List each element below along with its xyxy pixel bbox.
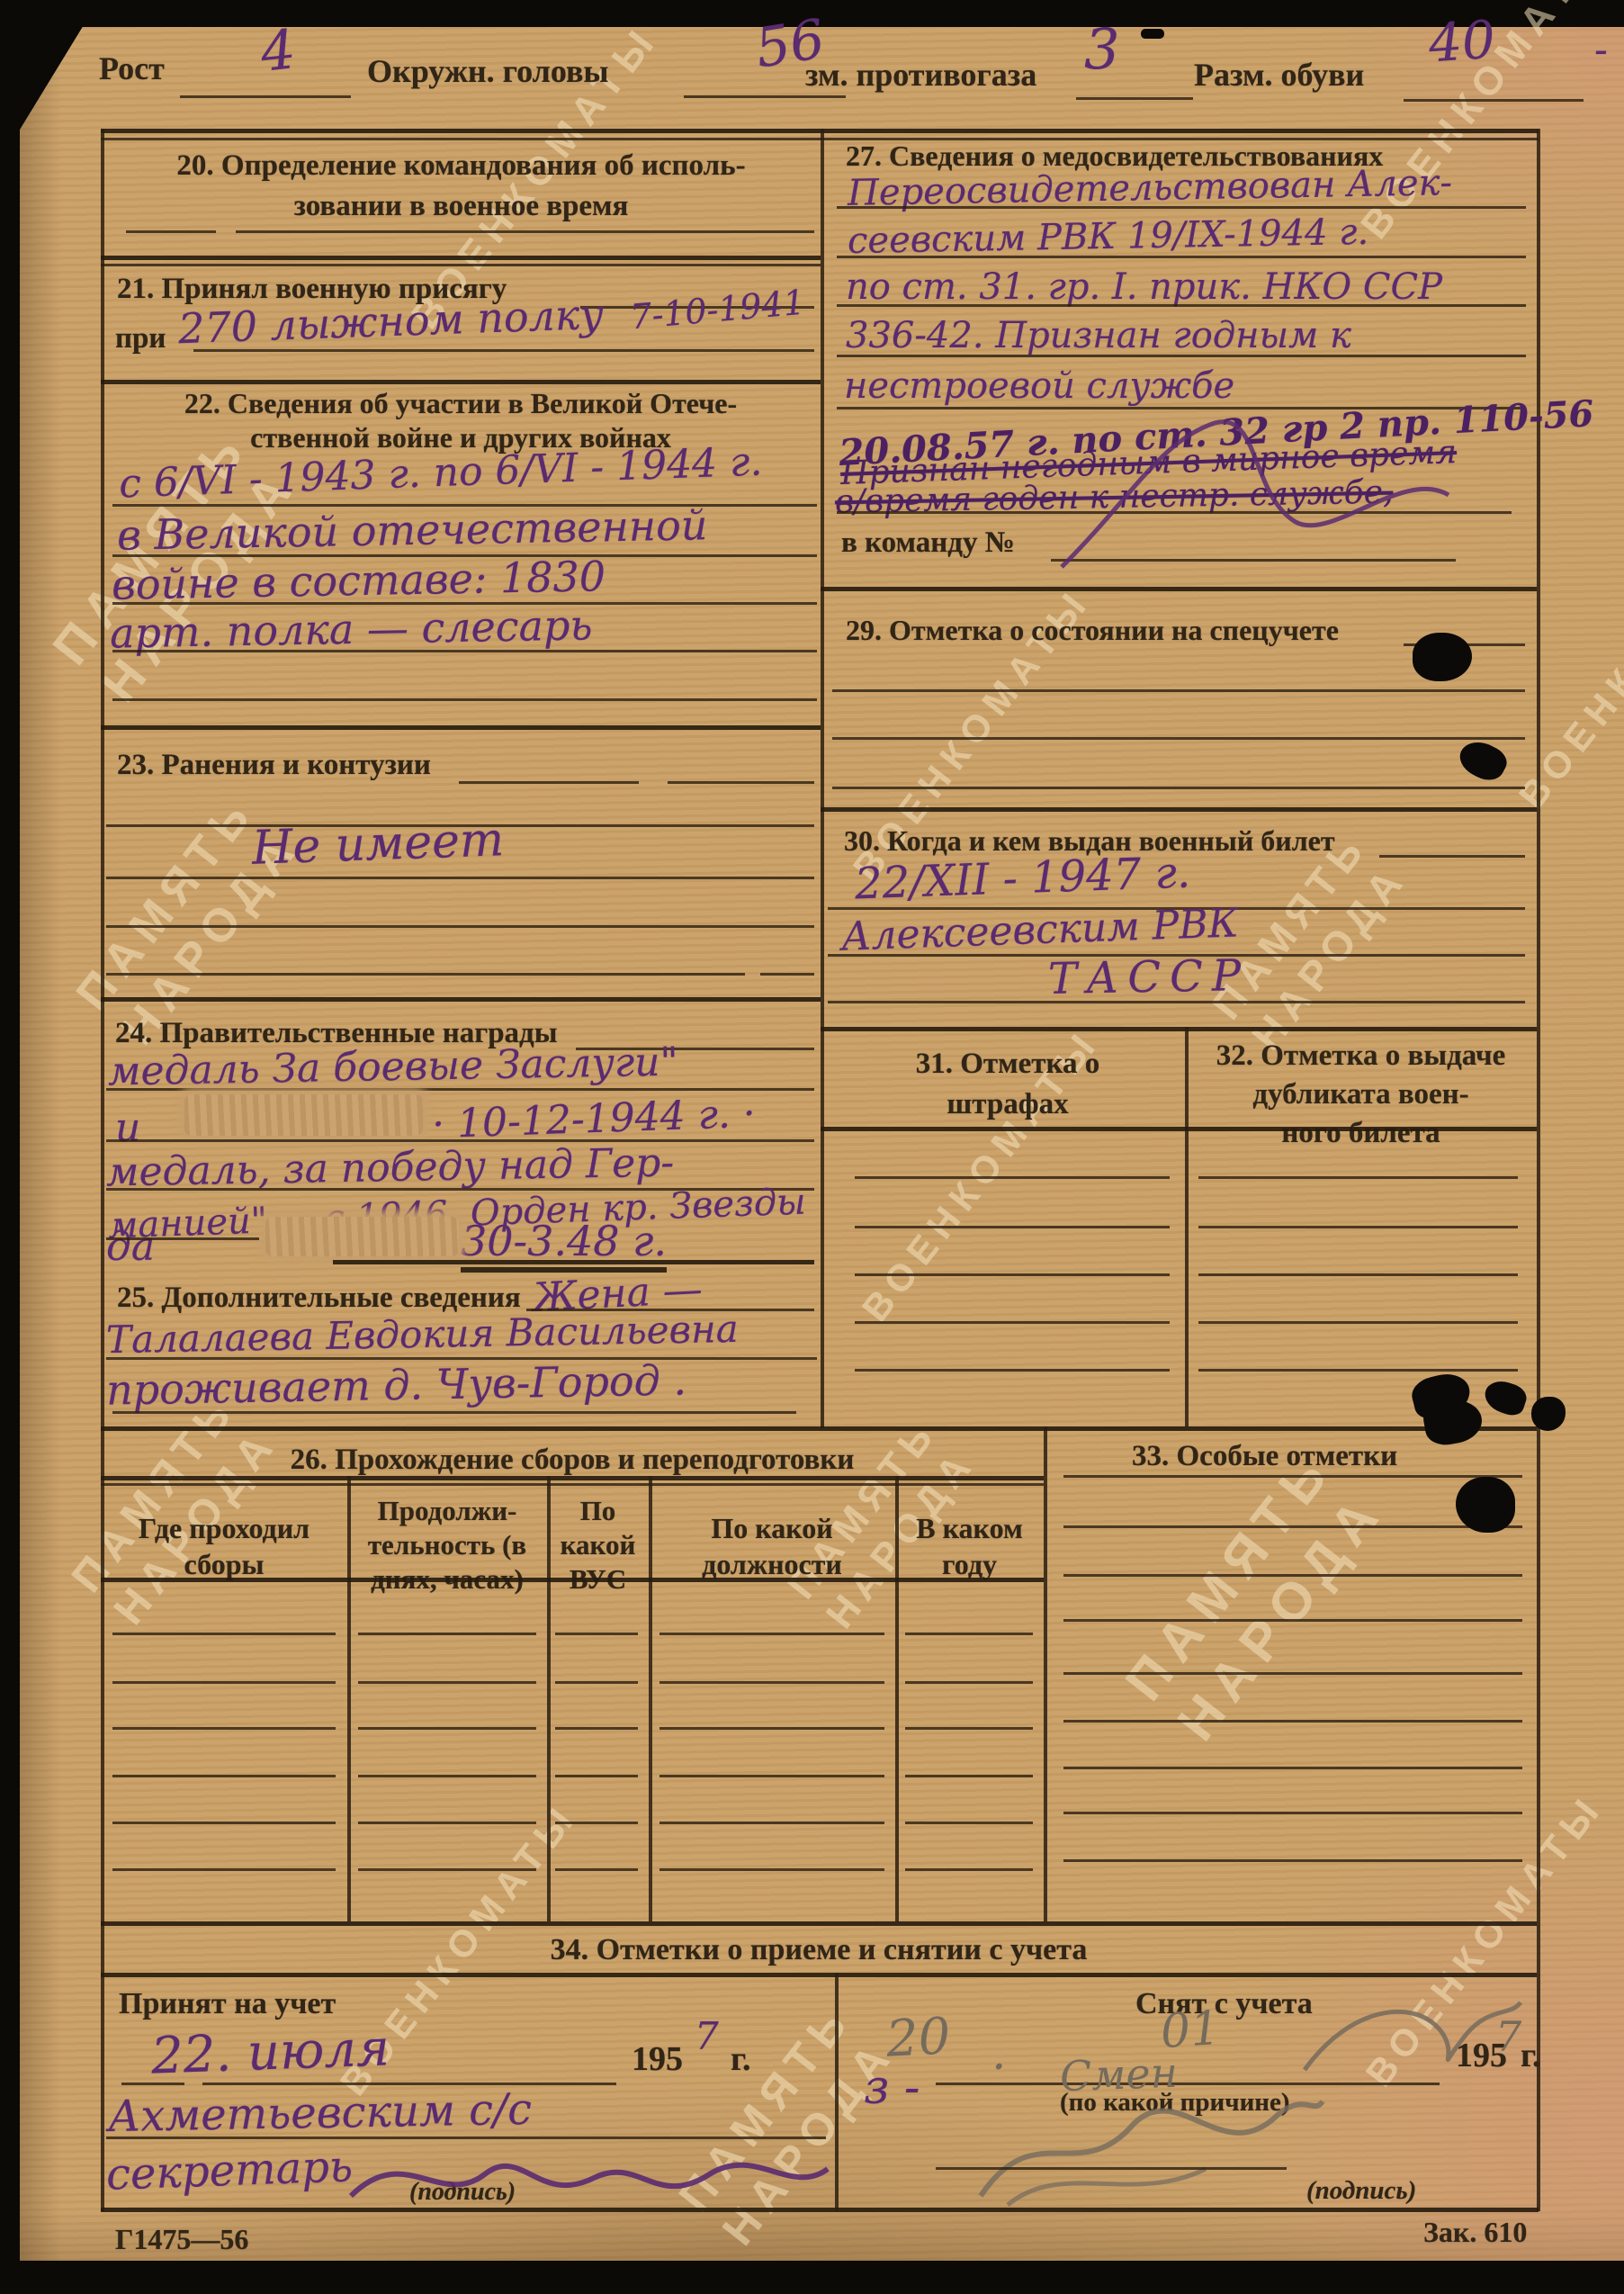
section-34-title: 34. Отметки о приеме и снятии с учета: [101, 1933, 1537, 1967]
rule: [358, 1868, 536, 1871]
rule: [112, 1411, 796, 1414]
rule: [555, 1822, 638, 1824]
height-value: 4: [257, 18, 298, 85]
rule: [832, 787, 1525, 789]
rule: [1198, 1226, 1518, 1228]
section-divider: [101, 1921, 1537, 1926]
section-29-title: 29. Отметка о состоянии на спецучете: [846, 614, 1339, 647]
rule: [659, 1633, 884, 1635]
rule: [828, 1001, 1525, 1003]
section-divider: [821, 587, 1537, 591]
rule: [905, 1868, 1033, 1871]
section-32-title: 32. Отметка о выдаче дубликата воен- ног…: [1192, 1037, 1530, 1153]
pencil-signature: [954, 2061, 1332, 2214]
ink-stray-mark: з -: [864, 2061, 920, 2115]
rule: [905, 1775, 1033, 1777]
scan-speck: [1141, 29, 1164, 39]
rule: [1076, 97, 1193, 100]
table-border: [1537, 129, 1540, 2211]
rule: [112, 1868, 336, 1871]
rule: [358, 1727, 536, 1730]
rule: [126, 230, 216, 233]
col-header-position: По какой должности: [652, 1510, 892, 1582]
rule: [855, 1226, 1170, 1228]
rule: [837, 355, 1526, 357]
rule: [832, 737, 1525, 740]
rule: [112, 1775, 336, 1777]
rule: [837, 256, 1526, 258]
table-border: [101, 129, 1539, 133]
rule: [112, 1633, 336, 1635]
rule: [1063, 1475, 1522, 1478]
redacted-patch: [184, 1094, 423, 1136]
rule: [180, 95, 351, 98]
rule: [1063, 1812, 1522, 1814]
scan-edge-bottom: [0, 2261, 1624, 2294]
ticket-region-handwriting: ТАССР: [1048, 950, 1251, 1004]
section-divider: [101, 256, 821, 260]
military-registration-card-scan: ВОЕНКОМАТЫ ПАМЯТЬ НАРОДА ВОЕНКОМАТЫ ВОЕН…: [0, 0, 1624, 2294]
rule: [236, 230, 814, 233]
rule: [106, 877, 814, 879]
rule: [855, 1176, 1170, 1179]
rule: [1063, 1525, 1522, 1528]
table-border: [101, 1578, 1044, 1582]
rule: [1063, 1859, 1522, 1862]
award-handwriting: и: [115, 1105, 140, 1151]
stray-mark: -: [1594, 27, 1608, 73]
section-divider: [821, 807, 1537, 812]
order-code: Зак. 610: [1423, 2216, 1527, 2249]
rule: [832, 689, 1525, 692]
year-printed: 195: [632, 2039, 683, 2079]
rule: [855, 1273, 1170, 1276]
team-number-label: в команду №: [841, 526, 1015, 560]
rule: [905, 1822, 1033, 1824]
rule: [855, 1321, 1170, 1324]
rule: [358, 1822, 536, 1824]
rule: [555, 1727, 638, 1730]
rule: [121, 2083, 184, 2085]
section-divider: [101, 1973, 1537, 1977]
year-handwriting: 7: [695, 2014, 719, 2058]
rule: [659, 1868, 884, 1871]
rule: [659, 1775, 884, 1777]
medical-handwriting: по ст. 31. гр. I. прик. НКО ССР: [846, 266, 1442, 308]
medical-handwriting: 336-42. Признан годным к: [846, 315, 1351, 356]
column-divider: [821, 129, 824, 1428]
rule: [905, 1727, 1033, 1730]
war-service-handwriting: войне в составе: 1830: [112, 552, 606, 609]
rule: [1063, 1672, 1522, 1675]
rule: [1198, 1321, 1518, 1324]
rule: [333, 1260, 814, 1264]
rule: [106, 1237, 259, 1240]
form-code: Г1475—56: [115, 2223, 248, 2256]
rule: [1063, 1619, 1522, 1622]
rule: [202, 2083, 616, 2085]
rule: [905, 1633, 1033, 1635]
rule: [358, 1681, 536, 1684]
rule: [358, 1775, 536, 1777]
rule: [112, 698, 817, 701]
shoe-size-label: Разм. обуви: [1194, 56, 1364, 94]
year-g-printed: г.: [731, 2039, 750, 2079]
ink-flourish: [1026, 387, 1530, 576]
table-border: [101, 1476, 1044, 1480]
section-divider: [821, 1027, 1537, 1031]
section-divider: [101, 1426, 1537, 1431]
rule: [112, 650, 817, 652]
rule: [684, 95, 846, 98]
col-header-place: Где проходил сборы: [104, 1510, 344, 1582]
rule: [358, 1633, 536, 1635]
section-divider: [101, 380, 821, 384]
rule: [1063, 1574, 1522, 1577]
war-service-handwriting: в Великой отечественной: [117, 500, 708, 559]
rule: [112, 1822, 336, 1824]
register-role-handwriting: секретарь: [105, 2141, 354, 2200]
rule: [659, 1681, 884, 1684]
rule: [106, 1139, 814, 1142]
col-header-year: В каком году: [899, 1510, 1040, 1582]
rule: [1063, 1720, 1522, 1723]
gasmask-size-value: 3: [1084, 16, 1119, 82]
head-size-label: Окружн. головы: [367, 52, 609, 90]
height-label: Рост: [99, 49, 165, 87]
scan-edge-left: [0, 0, 20, 2294]
register-out-day-pencil: 20: [884, 2007, 952, 2069]
shoe-size-value: 40: [1427, 9, 1497, 75]
rule: [659, 1727, 884, 1730]
section-25-title: 25. Дополнительные сведения: [117, 1282, 521, 1315]
wounds-handwriting: Не имеет: [251, 813, 505, 876]
section-divider: [821, 1127, 1537, 1131]
rule: [659, 1822, 884, 1824]
rule: [837, 206, 1526, 209]
rule: [1198, 1176, 1518, 1179]
rule: [668, 781, 814, 784]
hole-punch: [1456, 1477, 1515, 1533]
rule: [837, 304, 1526, 307]
section-31-title: 31. Отметка о штрафах: [841, 1044, 1174, 1124]
rule: [112, 1727, 336, 1730]
table-border: [101, 1483, 1044, 1486]
rule: [555, 1633, 638, 1635]
section-21-prefix: при: [115, 322, 166, 355]
rule: [855, 1369, 1170, 1372]
rule: [193, 349, 814, 352]
rule: [459, 781, 639, 784]
section-20-title: 20. Определение командования об исполь- …: [108, 146, 814, 226]
table-border: [101, 129, 104, 2211]
rule: [1198, 1369, 1518, 1372]
section-divider: [101, 997, 821, 1002]
register-in-date-handwriting: 22. июля: [150, 2019, 390, 2085]
rule: [106, 925, 814, 928]
column-divider: [1044, 1426, 1047, 1921]
section-divider: [101, 725, 821, 730]
redacted-patch: [265, 1217, 459, 1256]
rule: [555, 1868, 638, 1871]
section-26-title: 26. Прохождение сборов и переподготовки: [101, 1444, 1044, 1477]
ink-signature: [333, 2124, 837, 2223]
section-33-title: 33. Особые отметки: [1132, 1440, 1397, 1473]
rule: [905, 1681, 1033, 1684]
rule: [106, 973, 745, 976]
rule: [1063, 1767, 1522, 1769]
rule: [106, 1088, 814, 1091]
rule: [936, 2167, 1287, 2170]
column-divider: [1185, 1027, 1189, 1426]
section-divider: [101, 264, 821, 266]
register-in-label: Принят на учет: [119, 1987, 336, 2021]
rule: [555, 1681, 638, 1684]
family-handwriting: проживает д. Чув-Город .: [106, 1355, 687, 1414]
rule: [1198, 1273, 1518, 1276]
rule: [555, 1775, 638, 1777]
rule: [1404, 99, 1584, 102]
award-handwriting: да: [106, 1224, 155, 1270]
rule: [112, 1681, 336, 1684]
rule: [1379, 855, 1525, 858]
rule: [760, 973, 814, 976]
gasmask-size-label: зм. противогаза: [805, 56, 1036, 94]
section-23-title: 23. Ранения и контузии: [117, 749, 431, 782]
